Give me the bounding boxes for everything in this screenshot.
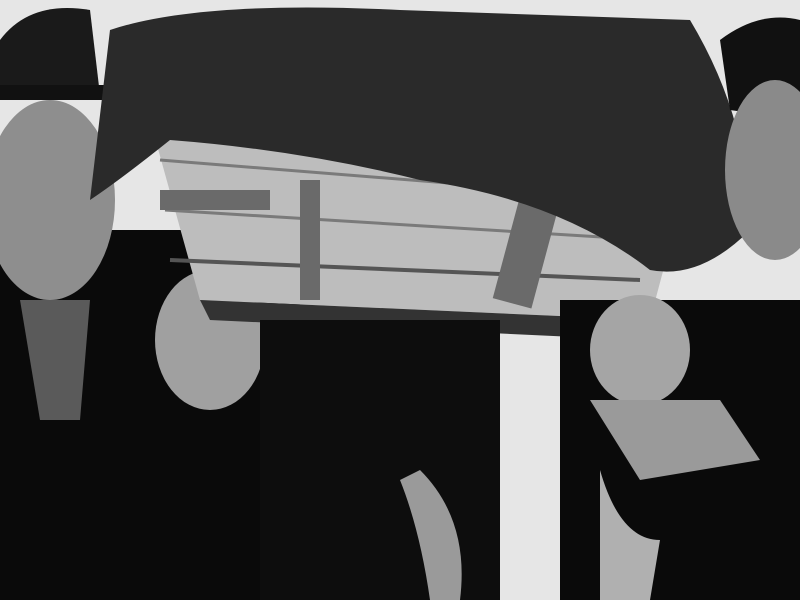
funeral-procession-photo <box>0 0 800 600</box>
man-middle <box>260 320 500 600</box>
hinge <box>300 180 320 300</box>
hand-right <box>590 295 690 405</box>
photograph <box>0 0 800 600</box>
hinge <box>160 190 270 210</box>
